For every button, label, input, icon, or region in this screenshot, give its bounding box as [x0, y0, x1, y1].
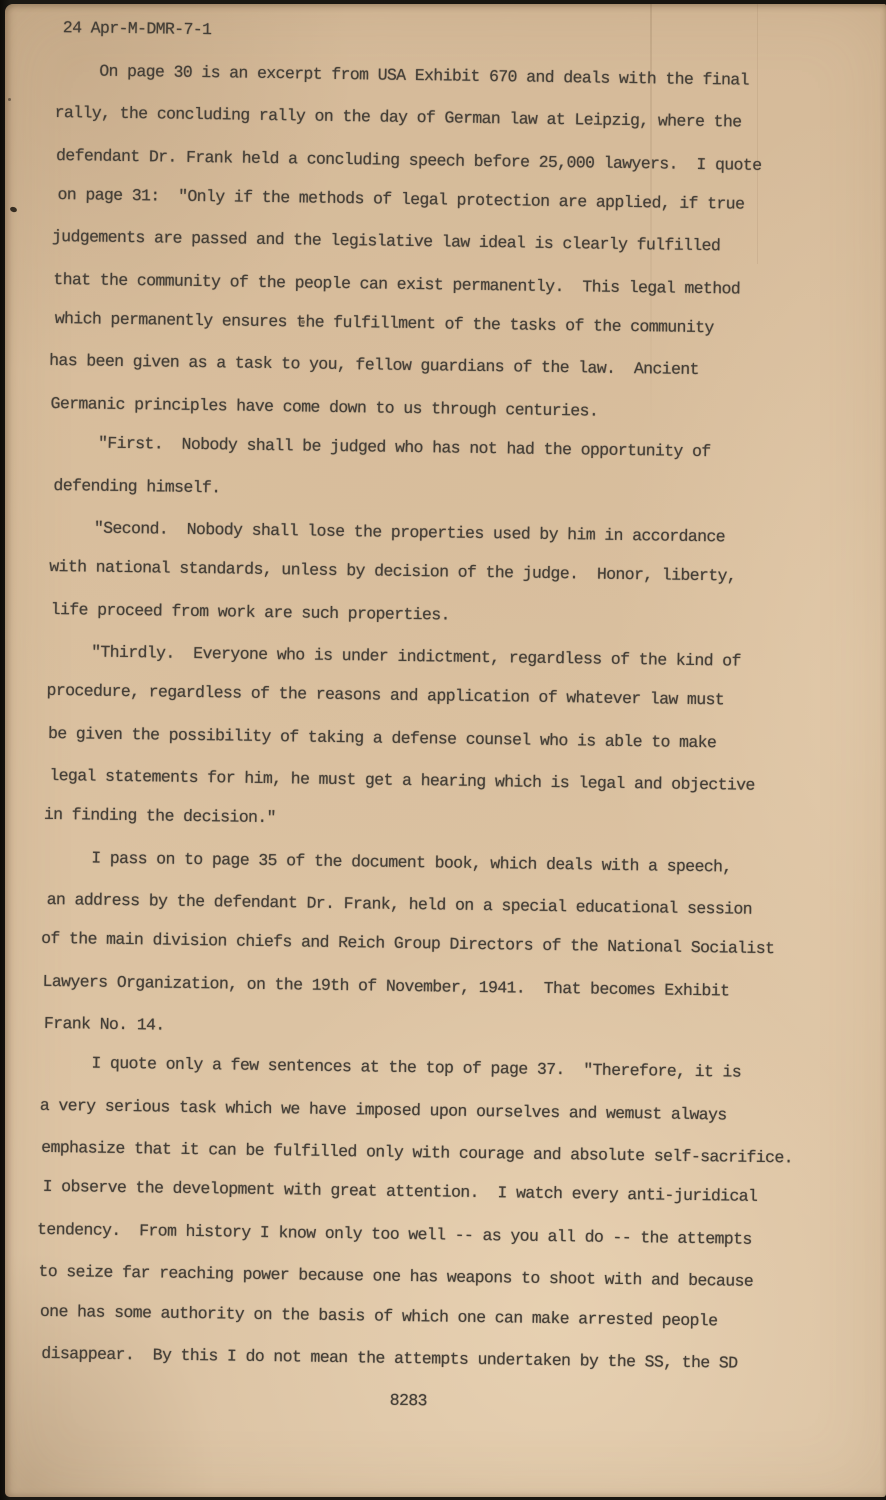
text-line: "Thirdly. Everyone who is under indictme… — [91, 642, 741, 670]
ink-speck — [9, 206, 17, 213]
text-line: tendency. From history I know only too w… — [37, 1220, 752, 1249]
text-line: rally, the concluding rally on the day o… — [55, 103, 742, 132]
text-line: on page 31: "Only if the methods of lega… — [57, 185, 744, 214]
text-line: procedure, regardless of the reasons and… — [46, 681, 724, 709]
text-line: which permanently ensures the fulfillmen… — [55, 309, 714, 337]
text-line: I pass on to page 35 of the document boo… — [91, 848, 732, 876]
text-line: judgements are passed and the legislativ… — [52, 227, 720, 255]
typewritten-text-block: 24 Apr-M-DMR-7-1 On page 30 is an excerp… — [37, 18, 853, 1459]
text-line: has been given as a task to you, fellow … — [49, 351, 699, 379]
text-line: defending himself. — [53, 475, 220, 496]
text-line: Germanic principles have come down to us… — [50, 394, 598, 421]
text-line: in finding the decision." — [44, 805, 276, 827]
text-line: emphasize that it can be fulfilled only … — [41, 1138, 793, 1167]
text-line: life proceed from work are such properti… — [51, 600, 450, 625]
text-line: legal statements for him, he must get a … — [49, 766, 755, 795]
document-header: 24 Apr-M-DMR-7-1 — [63, 18, 212, 39]
text-line: with national standards, unless by decis… — [49, 557, 736, 586]
text-line: defendant Dr. Frank held a concluding sp… — [56, 146, 762, 175]
text-line: one has some authority on the basis of w… — [40, 1301, 718, 1329]
text-line: an address by the defendant Dr. Frank, h… — [47, 890, 753, 919]
text-line: be given the possibility of taking a def… — [48, 724, 716, 752]
scan-background: 24 Apr-M-DMR-7-1 On page 30 is an excerp… — [0, 0, 886, 1500]
text-line: Frank No. 14. — [44, 1014, 165, 1035]
page-number: 8283 — [390, 1391, 427, 1411]
text-line: to seize far reaching power because one … — [38, 1262, 753, 1291]
text-line: "First. Nobody shall be judged who has n… — [98, 434, 711, 462]
text-line: a very serious task which we have impose… — [40, 1096, 727, 1125]
document-page: 24 Apr-M-DMR-7-1 On page 30 is an excerp… — [5, 4, 886, 1497]
text-line: On page 30 is an excerpt from USA Exhibi… — [99, 62, 749, 90]
text-line: that the community of the people can exi… — [53, 270, 740, 299]
text-line: I observe the development with great att… — [43, 1177, 758, 1206]
text-line: I quote only a few sentences at the top … — [91, 1054, 741, 1082]
ink-speck — [8, 98, 11, 101]
text-line: "Second. Nobody shall lose the propertie… — [94, 518, 725, 546]
text-line: Lawyers Organization, on the 19th of Nov… — [42, 972, 729, 1001]
document-lines: On page 30 is an excerpt from USA Exhibi… — [38, 62, 853, 1418]
text-line: disappear. By this I do not mean the att… — [41, 1344, 737, 1373]
text-line: of the main division chiefs and Reich Gr… — [41, 929, 774, 958]
